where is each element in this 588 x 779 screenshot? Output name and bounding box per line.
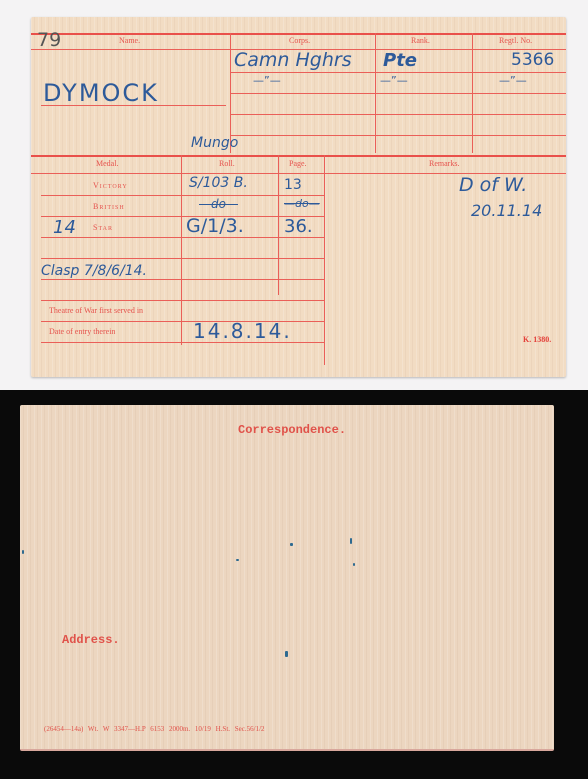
surname: DYMOCK	[43, 79, 159, 107]
corps-value: Camn Hghrs	[234, 49, 352, 71]
name-header: Name.	[119, 36, 140, 45]
remarks-header: Remarks.	[429, 159, 459, 168]
regt-no-header: Regtl. No.	[499, 36, 532, 45]
corps-ditto: —”—	[253, 74, 281, 87]
ink-speck	[350, 538, 352, 544]
entry-date-value: 14.8.14.	[193, 319, 292, 343]
page-value: —do—	[284, 197, 320, 210]
ruling-line	[41, 195, 324, 196]
address-label: Address.	[62, 633, 120, 647]
ruling-line	[231, 93, 566, 94]
roll-header: Roll.	[219, 159, 235, 168]
ruling-line	[41, 237, 324, 238]
ruling-line	[181, 155, 182, 345]
ruling-line	[41, 216, 324, 217]
ruling-line	[41, 300, 324, 301]
medal-index-card-back: Correspondence. Address. (26454—14a) Wt.…	[20, 405, 554, 751]
page-header: Page.	[289, 159, 307, 168]
ruling-line	[324, 155, 325, 365]
corps-header: Corps.	[289, 36, 310, 45]
medal-name: Star	[93, 223, 113, 232]
correspondence-label: Correspondence.	[238, 423, 346, 437]
remarks-line-2: 20.11.14	[471, 201, 542, 220]
ruling-line	[41, 258, 324, 259]
ruling-line	[41, 279, 324, 280]
theatre-label: Theatre of War first served in	[49, 306, 143, 315]
ruling-line	[31, 33, 566, 35]
page-value: 13	[284, 177, 302, 193]
ink-speck	[236, 559, 239, 561]
clasp-note: Clasp 7/8/6/14.	[41, 263, 147, 279]
ink-speck	[22, 550, 24, 554]
medal-index-card-front: Name. Corps. Rank. Regtl. No. 79 DYMOCK …	[31, 17, 566, 377]
ruling-line	[231, 72, 566, 73]
medal-name: British	[93, 202, 125, 211]
regt-no-ditto: —”—	[499, 74, 527, 87]
ink-speck	[290, 543, 293, 546]
ink-speck	[285, 651, 288, 657]
ruling-line	[31, 155, 566, 157]
roll-value: —do—	[199, 197, 238, 211]
ruling-line	[278, 155, 279, 295]
printer-imprint: (26454—14a) Wt. W 3347—H.P 6153 2000m. 1…	[44, 725, 265, 733]
ink-speck	[353, 563, 355, 566]
regt-no-value: 5366	[511, 50, 554, 70]
medal-header: Medal.	[96, 159, 118, 168]
ruling-line	[231, 135, 566, 136]
rank-value: Pte	[383, 50, 417, 71]
roll-value: S/103 B.	[189, 175, 248, 191]
star-year-prefix: 14	[53, 217, 76, 238]
ruling-line	[231, 114, 566, 115]
rank-ditto: —”—	[380, 74, 408, 87]
form-number: K. 1380.	[523, 335, 551, 344]
roll-value: G/1/3.	[186, 215, 244, 237]
medal-name: Victory	[93, 181, 128, 190]
page-value: 36.	[284, 216, 313, 237]
entry-date-label: Date of entry therein	[49, 327, 115, 336]
card-number: 79	[37, 29, 61, 51]
rank-header: Rank.	[411, 36, 430, 45]
remarks-line-1: D of W.	[459, 174, 527, 196]
forename: Mungo	[191, 135, 238, 151]
